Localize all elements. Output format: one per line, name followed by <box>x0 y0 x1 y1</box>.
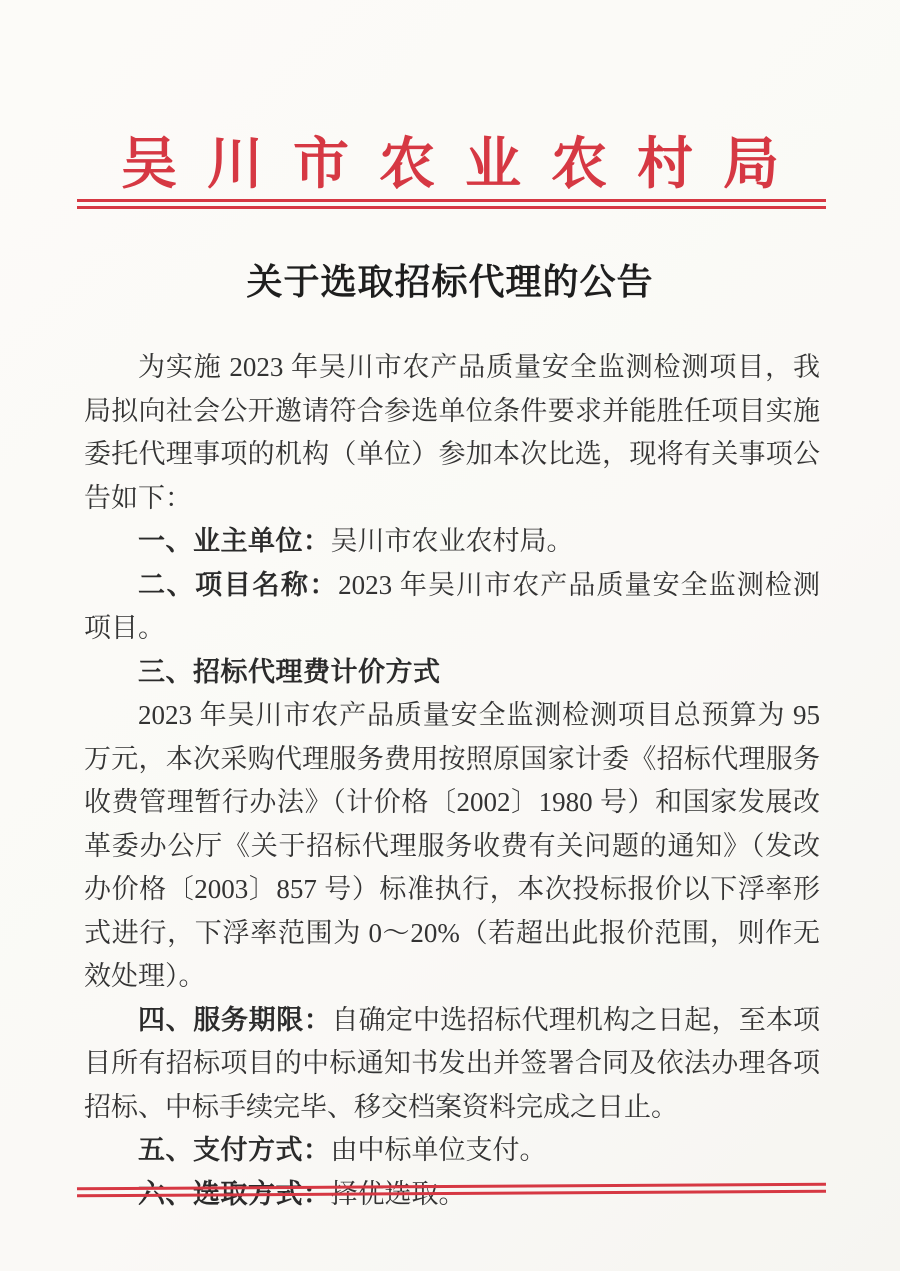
fee-pricing-paragraph-text: 2023 年吴川市农产品质量安全监测检测项目总预算为 95 万元，本次采购代理服… <box>84 700 820 991</box>
item-payment-method-label: 五、支付方式： <box>138 1135 331 1165</box>
item-fee-pricing-heading: 三、招标代理费计价方式 <box>84 651 820 695</box>
scanned-document-page: 吴川市农业农村局 关于选取招标代理的公告 为实施 2023 年吴川市农产品质量安… <box>0 0 900 1271</box>
item-service-period-label: 四、服务期限： <box>138 1005 332 1035</box>
letterhead-org-name: 吴川市农业农村局 <box>0 120 900 200</box>
item-project-name: 二、项目名称：2023 年吴川市农产品质量安全监测检测项目。 <box>84 564 820 651</box>
item-owner-unit: 一、业主单位：吴川市农业农村局。 <box>84 520 820 564</box>
item-owner-unit-label: 一、业主单位： <box>138 526 331 556</box>
document-title: 关于选取招标代理的公告 <box>0 254 900 305</box>
item-project-name-label: 二、项目名称： <box>138 570 338 600</box>
item-owner-unit-text: 吴川市农业农村局。 <box>331 526 574 556</box>
document-body: 为实施 2023 年吴川市农产品质量安全监测检测项目，我局拟向社会公开邀请符合参… <box>84 346 820 1216</box>
item-payment-method: 五、支付方式：由中标单位支付。 <box>84 1129 820 1173</box>
item-payment-method-text: 由中标单位支付。 <box>331 1135 547 1165</box>
fee-pricing-paragraph: 2023 年吴川市农产品质量安全监测检测项目总预算为 95 万元，本次采购代理服… <box>84 694 820 999</box>
letterhead-double-rule-top <box>77 199 826 209</box>
intro-paragraph: 为实施 2023 年吴川市农产品质量安全监测检测项目，我局拟向社会公开邀请符合参… <box>84 346 820 520</box>
item-fee-pricing-heading-label: 三、招标代理费计价方式 <box>138 657 441 687</box>
intro-text: 为实施 2023 年吴川市农产品质量安全监测检测项目，我局拟向社会公开邀请符合参… <box>84 352 820 513</box>
item-service-period: 四、服务期限：自确定中选招标代理机构之日起，至本项目所有招标项目的中标通知书发出… <box>84 999 820 1130</box>
